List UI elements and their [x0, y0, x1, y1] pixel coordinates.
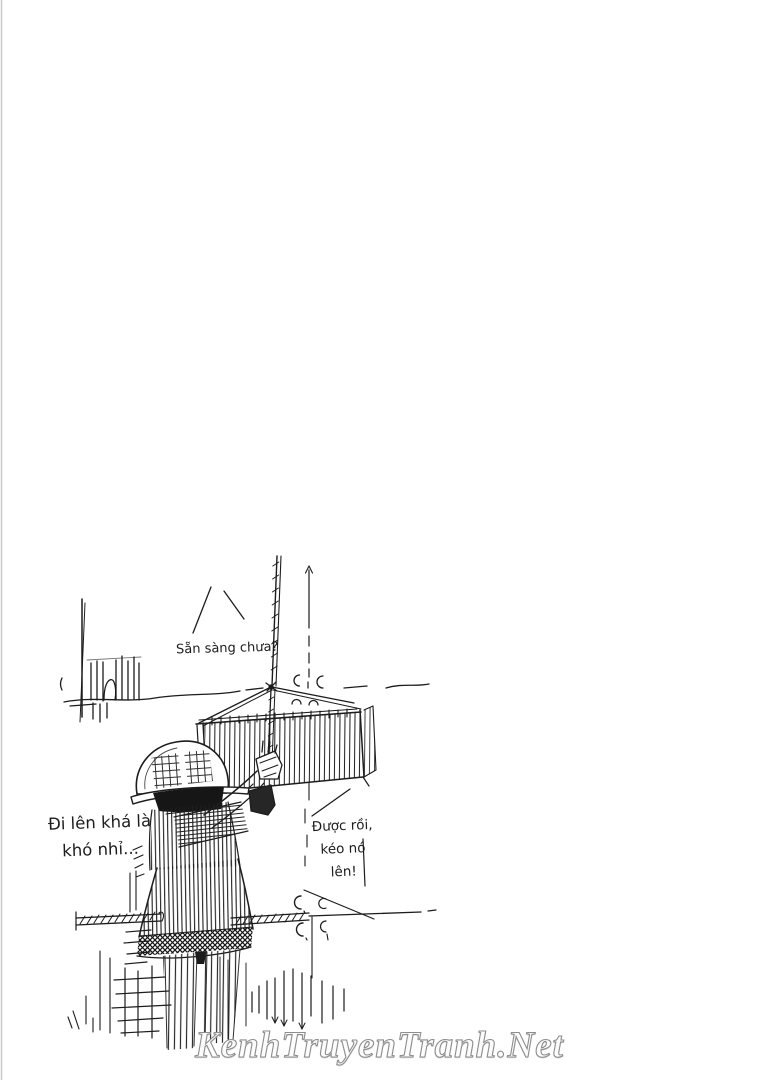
left-post-fence — [61, 599, 142, 722]
speech-pull-line3: lên! — [304, 860, 383, 886]
right-bottom-strokes — [252, 969, 344, 1029]
speech-pull-line2: kéo nó — [304, 837, 383, 863]
speech-hard-line2: khó nhỉ... — [34, 834, 167, 866]
speech-ready: Sẵn sàng chưa? — [176, 640, 279, 658]
hook-marks — [295, 896, 329, 978]
manga-page: Sẵn sàng chưa? Đi lên khá là khó nhỉ... … — [0, 0, 759, 1080]
sketch-panel — [0, 0, 759, 1080]
speech-ready-text: Sẵn sàng chưa? — [176, 640, 279, 658]
guide-dashed-line — [306, 566, 313, 688]
hoist-rope — [266, 556, 281, 691]
site-watermark: KenhTruyenTranh.Net — [0, 1024, 759, 1067]
speech-hard-line1: Đi lên khá là — [33, 807, 166, 839]
speech-pull: Được rồi, kéo nó lên! — [303, 814, 383, 886]
speech-pull-line1: Được rồi, — [303, 814, 382, 840]
pulley-rings — [292, 675, 323, 705]
scaffold-plank-right — [231, 890, 436, 925]
left-bottom-strokes — [68, 951, 110, 1033]
speech-hard: Đi lên khá là khó nhỉ... — [33, 807, 167, 866]
roof-peak-lines — [193, 587, 244, 633]
